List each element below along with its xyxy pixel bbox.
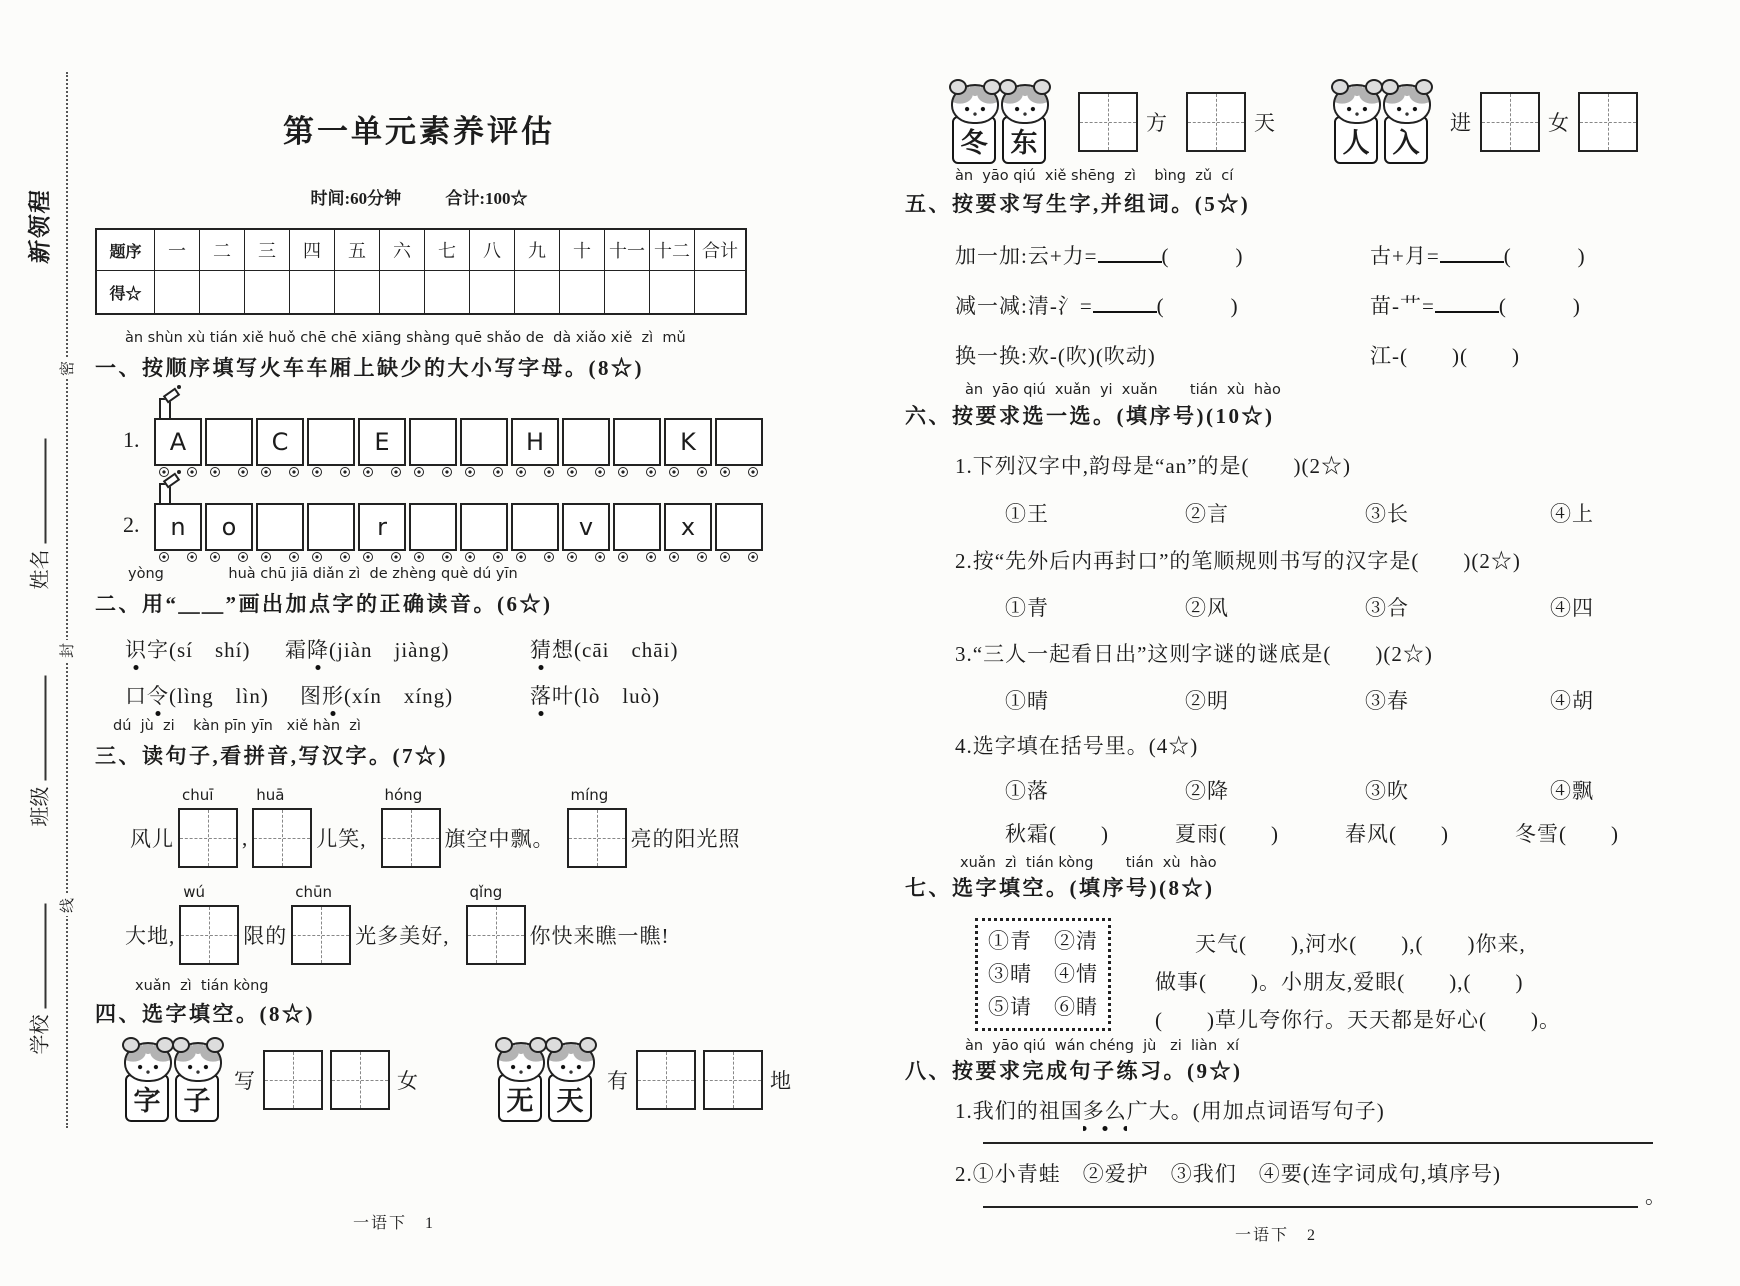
q2-dotted-char: 猜 [530,638,552,671]
q5-cell: 古+月=( ) [1370,240,1586,270]
q2-dotted-char: 降 [307,638,329,671]
tiger-icon: 天 [546,1040,592,1120]
q3-text: 旗空中飘。 [445,823,555,853]
name-blank[interactable] [30,439,46,544]
box-pinyin: qǐng [470,883,503,901]
option[interactable]: ④上 [1550,498,1594,528]
score-cell[interactable] [290,271,335,313]
q3-pinyin: dú jù zi kàn pīn yīn xiě hàn zì [113,718,361,734]
writing-box[interactable] [1480,92,1540,152]
box-pinyin: huā [256,786,284,804]
class-blank[interactable] [30,676,46,781]
writing-box[interactable] [330,1050,390,1110]
train-car-blank[interactable] [460,503,508,551]
score-table-corner: 题序 [97,230,155,271]
q1-title: 一、按顺序填写火车车厢上缺少的大小写字母。(8☆) [95,352,644,382]
q2-choices[interactable]: (jiàn jiàng) [329,638,449,662]
writing-box[interactable] [178,808,238,868]
score-col: 七 [425,230,470,271]
q3-pinyin-box: hóng [381,808,441,868]
writing-box[interactable] [703,1050,763,1110]
tiger-head-icon [951,84,999,124]
score-cell[interactable] [605,271,650,313]
option[interactable]: ①青 [1005,592,1049,622]
option[interactable]: ②风 [1185,592,1229,622]
time-limit: 时间:60分钟 [310,189,401,208]
q2-choices[interactable]: (lò luò) [574,684,660,708]
q2-choices[interactable]: (sí shí) [169,638,251,662]
q3-pinyin-box: chuī [178,808,238,868]
q8-text: 广大。(用加点词语写句子) [1127,1099,1385,1123]
q6-stem-1: 1.下列汉字中,韵母是“an”的是( )(2☆) [955,450,1351,480]
seal-dotted-line [66,72,68,1128]
q6-stem-2: 2.按“先外后内再封口”的笔顺规则书写的汉字是( )(2☆) [955,545,1521,575]
q3-pinyin-box: qǐng [466,905,526,965]
score-row-label: 得☆ [97,271,155,313]
train-car: K [664,418,712,466]
score-cell[interactable] [245,271,290,313]
q2-dotted-char: 形 [322,684,344,717]
q2-row-2: 口令(lìng lìn) 图形(xín xíng) 落叶(lò luò) [95,680,750,712]
option[interactable]: ①王 [1005,498,1049,528]
school-field: 学校 [24,865,53,1055]
train-car: C [256,418,304,466]
q6-pinyin: àn yāo qiú xuǎn yi xuǎn tián xù hào [965,382,1281,398]
q1-pinyin: àn shùn xù tián xiě huǒ chē chē xiāng sh… [125,330,686,346]
name-field: 姓名 [24,400,53,590]
class-label: 班级 [24,787,53,827]
q4-text: 进 [1450,107,1472,137]
train-car: o [205,503,253,551]
q2-choices[interactable]: (lìng lìn) [169,684,269,708]
bank-line[interactable]: ⑤请 ⑥睛 [988,991,1098,1024]
train-1: 1. A C E H K [123,418,763,466]
q4-row-2: 冬 东 方 天 人 入 进 女 [950,82,1638,162]
q8-item-1: 1.我们的祖国多么广大。(用加点词语写句子) [955,1095,1385,1125]
writing-box[interactable] [179,905,239,965]
q4-text: 女 [1548,107,1570,137]
box-pinyin: míng [571,786,609,804]
q3-pinyin-box: chūn [291,905,351,965]
q5-cell[interactable]: 江-( )( ) [1370,340,1520,370]
q3-text: 光多美好, [355,920,449,950]
train-1-number: 1. [123,418,151,466]
writing-box[interactable] [567,808,627,868]
q6-options-1: ①王 ②言 ③长 ④上 [850,498,1740,530]
q3-pinyin-box: míng [567,808,627,868]
page-1: 第一单元素养评估 时间:60分钟 合计:100☆ 题序 一 二 三 四 五 六 … [95,0,750,1286]
q5-expr: 古+月= [1370,244,1440,268]
q5-row-3: 换一换:欢-(吹)(吹动) 江-( )( ) [850,340,1740,372]
school-label: 学校 [24,1015,53,1055]
train-car: r [358,503,406,551]
train-car: v [562,503,610,551]
option[interactable]: ④胡 [1550,685,1594,715]
q4-title: 四、选字填空。(8☆) [95,998,315,1028]
q2-dotted-char: 落 [530,684,552,717]
q5-expr: 苗-艹= [1370,294,1435,318]
tiger-icon: 子 [173,1040,219,1120]
tiger-head-icon [1001,84,1049,124]
q7-line-3: ( )草儿夸你行。天天都是好心( )。 [1155,1004,1561,1034]
seal-char-mi: 密 [56,358,77,379]
q3-text: 亮的阳光照 [631,823,741,853]
q2-word: 图 [300,684,322,708]
tiger-head-icon [1333,84,1381,124]
option[interactable]: ①落 [1005,775,1049,805]
q5-cell: 换一换:欢-(吹)(吹动) [955,340,1156,370]
score-cell[interactable] [470,271,515,313]
q6-blank[interactable]: 秋霜( ) [1005,818,1109,848]
option[interactable]: ②明 [1185,685,1229,715]
train-car-blank[interactable] [409,503,457,551]
train-car-blank[interactable] [307,503,355,551]
q2-dotted-char: 令 [147,684,169,717]
class-field: 班级 [24,637,53,827]
tiger-icon: 人 [1332,82,1378,162]
train-car-blank[interactable] [256,503,304,551]
train-car-blank[interactable] [715,503,763,551]
q2-title: 二、用“＿＿”画出加点字的正确读音。(6☆) [95,588,553,618]
q2-item: 猜想(cāi chāi) [530,634,678,664]
q2-dotted-char: 识 [125,638,147,671]
q4-text: 天 [1254,107,1276,137]
tiger-pair: 冬 东 [950,82,1046,162]
q7-character-bank: ①青 ②清 ③晴 ④情 ⑤请 ⑥睛 [975,918,1111,1031]
tiger-icon: 东 [1000,82,1046,162]
q5-paren[interactable]: ( ) [1157,294,1239,318]
q5-cell: 加一加:云+力=( ) [955,240,1244,270]
q2-word: 叶 [552,684,574,708]
box-pinyin: wú [183,883,205,901]
q5-title: 五、按要求写生字,并组词。(5☆) [905,188,1250,218]
q3-text: 风儿 [130,823,174,853]
answer-line[interactable] [983,1206,1638,1208]
answer-blank[interactable] [1440,243,1504,263]
q2-row-1: 识字(sí shí) 霜降(jiàn jiàng) 猜想(cāi chāi) [95,634,750,666]
train-car: n [154,503,202,551]
q3-sentence-2: 大地, wú 限的 chūn 光多美好, qǐng 你快来瞧一瞧! [125,905,670,965]
train-chimney-icon [159,398,171,419]
option[interactable]: ①晴 [1005,685,1049,715]
bank-line[interactable]: ③晴 ④情 [988,958,1098,991]
q3-pinyin-box: huā [252,808,312,868]
score-col: 十 [560,230,605,271]
q3-text: 你快来瞧一瞧! [530,920,670,950]
q6-options-3: ①晴 ②明 ③春 ④胡 [850,685,1740,717]
score-col: 五 [335,230,380,271]
option[interactable]: ②降 [1185,775,1229,805]
q4-text: 方 [1146,107,1168,137]
q6-options-4: ①落 ②降 ③吹 ④飘 [850,775,1740,807]
score-cell[interactable] [335,271,380,313]
q3-pinyin-box: wú [179,905,239,965]
option[interactable]: ③吹 [1365,775,1409,805]
box-pinyin: chuī [182,786,213,804]
score-cell[interactable] [155,271,200,313]
seal-char-xian: 线 [56,895,77,916]
q5-row-2: 减一减:清-氵=( ) 苗-艹=( ) [850,290,1740,322]
q7-line-2: 做事( )。小朋友,爱眼( ),( ) [1155,966,1523,996]
train-2: 2. n o r v x [123,503,763,551]
q5-expr: 加一加:云+力= [955,244,1098,268]
score-col: 三 [245,230,290,271]
tiger-pair: 人 入 [1332,82,1428,162]
page-2-footer: 一语下 2 [1235,1222,1317,1245]
train-car: x [664,503,712,551]
tiger-head-icon [497,1042,545,1082]
q7-title: 七、选字填空。(填序号)(8☆) [905,872,1214,902]
tiger-pair: 无 天 [496,1040,592,1120]
train-car-blank[interactable] [613,418,661,466]
q2-item: 图形(xín xíng) [300,680,453,710]
q5-cell: 减一减:清-氵=( ) [955,290,1239,320]
train-car-blank[interactable] [511,503,559,551]
tiger-head-icon [547,1042,595,1082]
q4-text: 女 [397,1065,419,1095]
tiger-head-icon [124,1042,172,1082]
q5-pinyin: àn yāo qiú xiě shēng zì bìng zǔ cí [955,168,1233,184]
train-car-blank[interactable] [562,418,610,466]
box-pinyin: hóng [385,786,423,804]
q3-text: , [242,826,248,851]
q5-expr: 减一减:清-氵= [955,294,1093,318]
q5-paren[interactable]: ( ) [1162,244,1244,268]
q2-word: 字 [147,638,169,662]
q8-text: 1.我们的祖国 [955,1099,1083,1123]
tiger-icon: 冬 [950,82,996,162]
answer-blank[interactable] [1093,293,1157,313]
train-car-blank[interactable] [205,418,253,466]
q6-blank[interactable]: 春风( ) [1345,818,1449,848]
answer-blank[interactable] [1098,243,1162,263]
exam-meta: 时间:60分钟 合计:100☆ [95,184,743,209]
box-pinyin: chūn [295,883,332,901]
train-car-blank[interactable] [460,418,508,466]
q6-blank[interactable]: 夏雨( ) [1175,818,1279,848]
q2-word: 口 [125,684,147,708]
q8-pinyin: àn yāo qiú wán chéng jù zi liàn xí [965,1038,1239,1054]
score-cell[interactable] [425,271,470,313]
score-cell[interactable] [515,271,560,313]
score-cell[interactable] [380,271,425,313]
tiger-head-icon [1383,84,1431,124]
exam-sheet: 新领程 密 封 线 姓名 班级 学校 第一单元素养评估 时间:60分钟 合计:1… [0,0,1740,1286]
writing-box[interactable] [381,808,441,868]
brand-label: 新领程 [22,164,55,287]
tiger-icon: 无 [496,1040,542,1120]
q6-blanks-row: 秋霜( ) 夏雨( ) 春风( ) 冬雪( ) [850,818,1740,850]
train-car-blank[interactable] [715,418,763,466]
score-col: 九 [515,230,560,271]
q4-text: 有 [607,1065,629,1095]
score-col: 合计 [695,230,745,271]
score-col: 十二 [650,230,695,271]
q8-period: 。 [1645,1180,1667,1210]
q5-cell: 苗-艹=( ) [1370,290,1581,320]
q2-pinyin: yòng huà chū jiā diǎn zì de zhèng què dú… [128,566,518,582]
score-col: 四 [290,230,335,271]
q7-pinyin: xuǎn zì tián kòng tián xù hào [960,855,1217,871]
tiger-head-icon [174,1042,222,1082]
page-1-footer: 一语下 1 [353,1210,435,1233]
train-2-number: 2. [123,503,151,551]
seal-char-feng: 封 [56,640,77,661]
train-car: H [511,418,559,466]
tiger-pair: 字 子 [123,1040,219,1120]
q2-word: 想 [552,638,574,662]
option[interactable]: ④飘 [1550,775,1594,805]
q4-row: 字 子 写 女 无 天 有 地 [123,1040,792,1120]
score-cell[interactable] [560,271,605,313]
writing-box[interactable] [263,1050,323,1110]
q4-text: 地 [770,1065,792,1095]
writing-box[interactable] [1078,92,1138,152]
q7-line-1: 天气( ),河水( ),( )你来, [1195,928,1526,958]
writing-box[interactable] [466,905,526,965]
train-car-blank[interactable] [409,418,457,466]
writing-box[interactable] [291,905,351,965]
score-cell[interactable] [650,271,695,313]
q5-paren[interactable]: ( ) [1504,244,1586,268]
score-col: 一 [155,230,200,271]
option[interactable]: ③合 [1365,592,1409,622]
writing-box[interactable] [252,808,312,868]
score-table: 题序 一 二 三 四 五 六 七 八 九 十 十一 十二 合计 得☆ [95,228,747,315]
q4-text: 写 [234,1065,256,1095]
q3-text: 儿笑, [316,823,366,853]
train-car: A [154,418,202,466]
q3-text: 限的 [243,920,287,950]
option[interactable]: ③春 [1365,685,1409,715]
q2-choices[interactable]: (cāi chāi) [574,638,678,662]
q2-choices[interactable]: (xín xíng) [344,684,453,708]
q6-stem-3: 3.“三人一起看日出”这则字谜的谜底是( )(2☆) [955,638,1433,668]
q2-item: 霜降(jiàn jiàng) [285,634,449,664]
q3-sentence-1: 风儿 chuī , huā 儿笑, hóng 旗空中飘。 míng 亮的阳光照 [130,808,741,868]
q8-item-2: 2.①小青蛙 ②爱护 ③我们 ④要(连字词成句,填序号) [955,1158,1501,1188]
answer-line[interactable] [983,1142,1653,1144]
writing-box[interactable] [1578,92,1638,152]
q5-row-1: 加一加:云+力=( ) 古+月=( ) [850,240,1740,272]
answer-blank[interactable] [1435,293,1499,313]
exam-title: 第一单元素养评估 [95,106,743,151]
q2-item: 识字(sí shí) [125,634,251,664]
q3-title: 三、读句子,看拼音,写汉字。(7☆) [95,740,448,770]
total-stars: 合计:100☆ [445,189,527,208]
train-car-blank[interactable] [307,418,355,466]
q6-title: 六、按要求选一选。(填序号)(10☆) [905,400,1274,430]
writing-box[interactable] [1186,92,1246,152]
q6-stem-4: 4.选字填在括号里。(4☆) [955,730,1198,760]
score-col: 二 [200,230,245,271]
q6-blank[interactable]: 冬雪( ) [1515,818,1619,848]
train-chimney-icon [159,483,171,504]
tiger-icon: 字 [123,1040,169,1120]
name-label: 姓名 [24,550,53,590]
train-car-blank[interactable] [613,503,661,551]
score-cell[interactable] [200,271,245,313]
q2-item: 落叶(lò luò) [530,680,660,710]
q2-word: 霜 [285,638,307,662]
score-col: 八 [470,230,515,271]
tiger-icon: 入 [1382,82,1428,162]
q8-dotted-words: 多么 [1083,1099,1127,1132]
option[interactable]: ④四 [1550,592,1594,622]
score-col: 十一 [605,230,650,271]
option[interactable]: ③长 [1365,498,1409,528]
q8-title: 八、按要求完成句子练习。(9☆) [905,1055,1243,1085]
train-car: E [358,418,406,466]
bank-line[interactable]: ①青 ②清 [988,925,1098,958]
q4-pinyin: xuǎn zì tián kòng [135,978,268,994]
q3-text: 大地, [125,920,175,950]
q6-options-2: ①青 ②风 ③合 ④四 [850,592,1740,624]
option[interactable]: ②言 [1185,498,1229,528]
school-blank[interactable] [30,904,46,1009]
writing-box[interactable] [636,1050,696,1110]
q2-item: 口令(lìng lìn) [125,680,269,710]
q5-paren[interactable]: ( ) [1499,294,1581,318]
score-col: 六 [380,230,425,271]
score-cell[interactable] [695,271,745,313]
page-2: 冬 东 方 天 人 入 进 女 àn yāo qiú xiě shēng zì … [850,0,1740,1286]
